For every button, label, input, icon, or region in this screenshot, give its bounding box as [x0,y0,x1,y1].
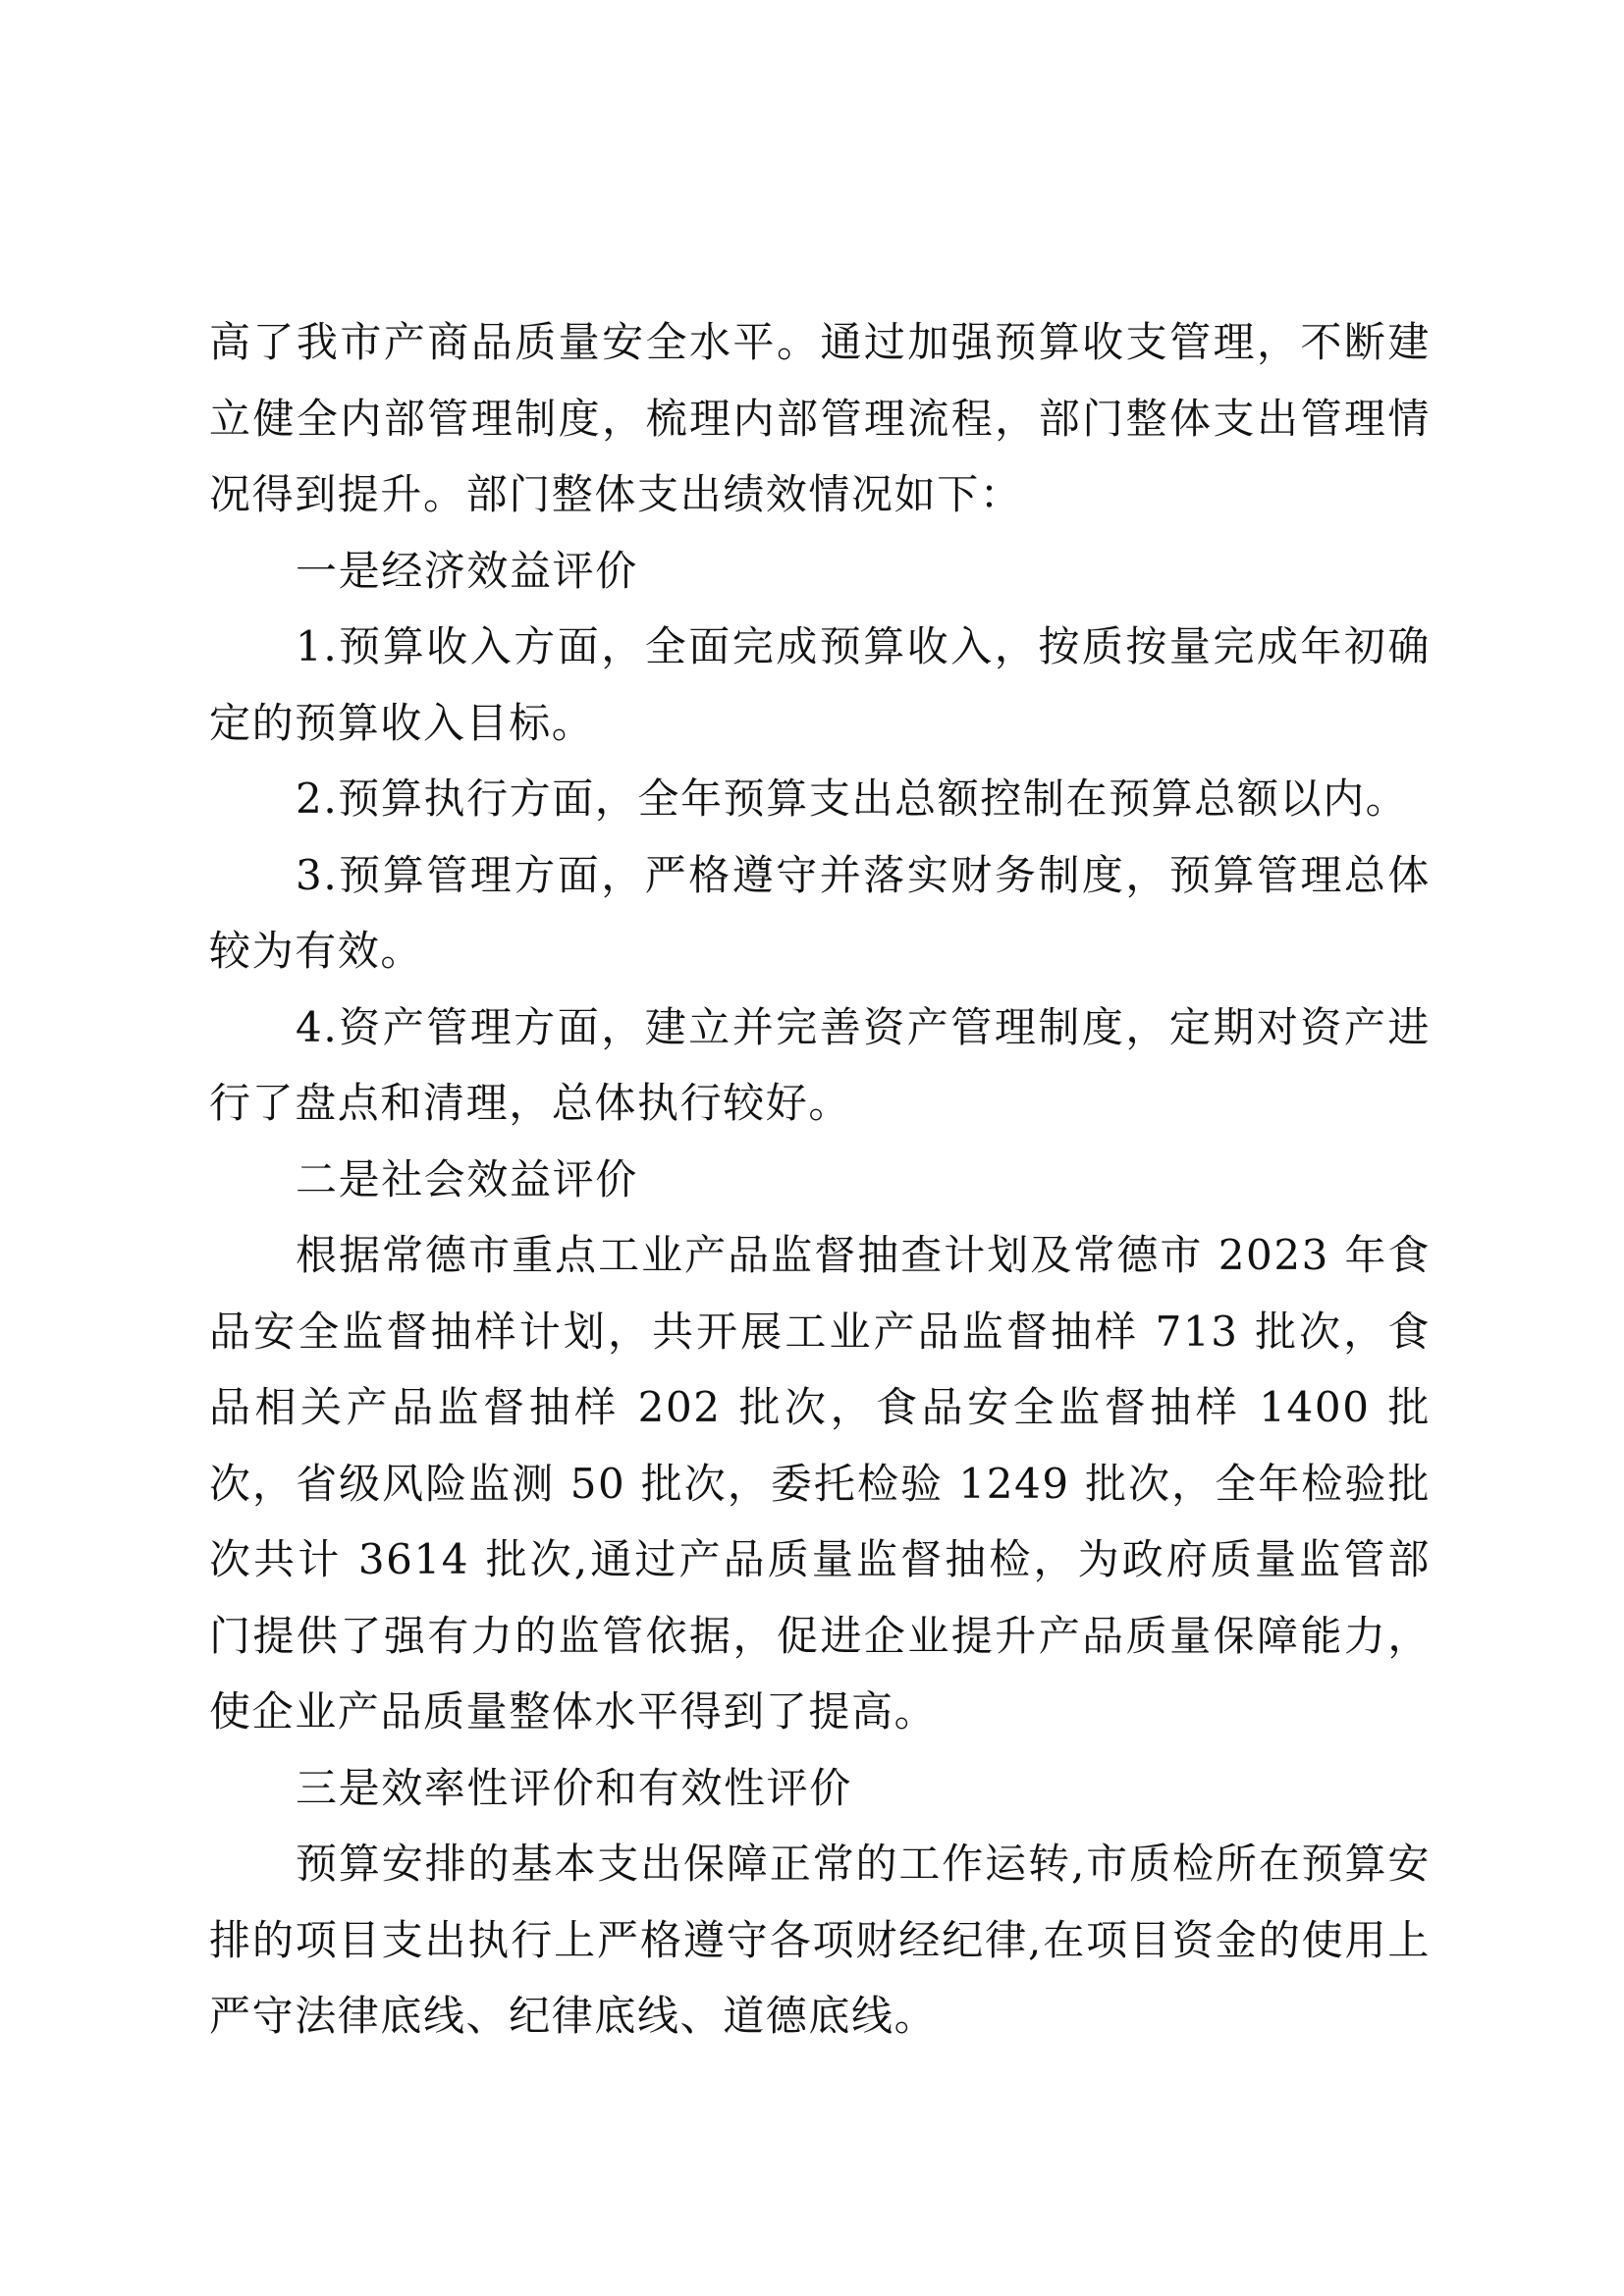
section-heading-economic-benefit: 一是经济效益评价 [209,533,1431,610]
social-benefit-paragraph: 根据常德市重点工业产品监督抽查计划及常德市 2023 年食品安全监督抽样计划，共… [209,1217,1431,1750]
document-page: 高了我市产商品质量安全水平。通过加强预算收支管理，不断建立健全内部管理制度，梳理… [209,304,1431,2055]
intro-paragraph: 高了我市产商品质量安全水平。通过加强预算收支管理，不断建立健全内部管理制度，梳理… [209,304,1431,533]
section-heading-social-benefit: 二是社会效益评价 [209,1142,1431,1218]
section-heading-efficiency-effectiveness: 三是效率性评价和有效性评价 [209,1750,1431,1827]
item-asset-management: 4.资产管理方面，建立并完善资产管理制度，定期对资产进行了盘点和清理，总体执行较… [209,989,1431,1142]
item-budget-management: 3.预算管理方面，严格遵守并落实财务制度，预算管理总体较为有效。 [209,837,1431,989]
efficiency-paragraph: 预算安排的基本支出保障正常的工作运转,市质检所在预算安排的项目支出执行上严格遵守… [209,1826,1431,2055]
item-budget-revenue: 1.预算收入方面，全面完成预算收入，按质按量完成年初确定的预算收入目标。 [209,609,1431,761]
item-budget-execution: 2.预算执行方面，全年预算支出总额控制在预算总额以内。 [209,761,1431,837]
